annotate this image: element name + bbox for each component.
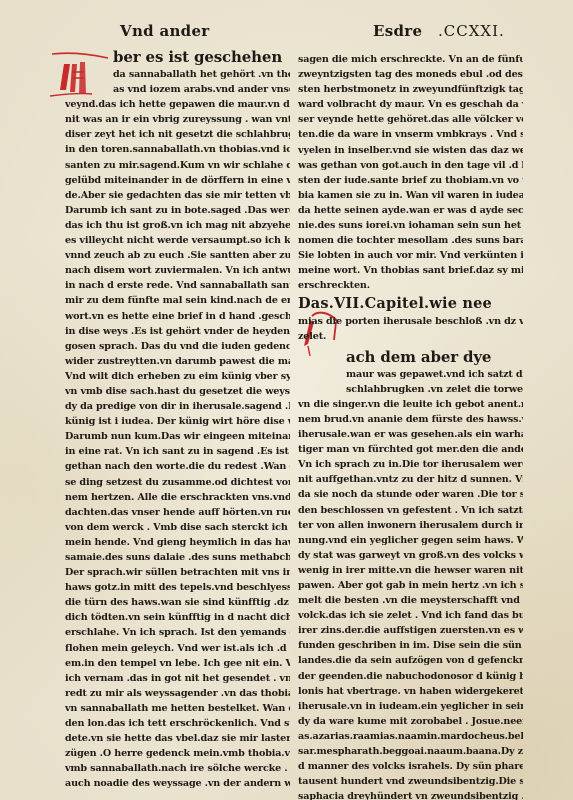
text-line: nem brud.vn ananie dem fürste des hawss.… [298, 412, 523, 427]
text-line: wider zustreytten.vn darumb pawest die m… [65, 354, 290, 369]
text-line: nit was an ir ein vbrig zureyssung . wan… [65, 112, 290, 127]
text-line: veynd.das ich hette gepawen die maur.vn … [65, 97, 290, 112]
incipit-right: ach dem aber dye [298, 348, 523, 367]
text-line: saphacia dreyhündert vn zweundsibentzig … [298, 789, 523, 800]
text-line: wenig in irer mitte.vn die hewser waren … [298, 563, 523, 578]
text-line: nie.des suns iorei.vn iohaman sein sun h… [298, 218, 523, 233]
chapter-summary: mias die porten iherusale beschloß .vn d… [298, 314, 523, 344]
text-line: es villeycht nicht werde versaumpt.so ic… [65, 233, 290, 248]
text-column-left: ber es ist geschehen da sannaballath het… [65, 48, 290, 792]
text-line: in den toren.sannaballath.vn thobias.vnd… [65, 142, 290, 157]
text-line: das ich thu ist groß.vn ich mag nit abzy… [65, 218, 290, 233]
text-line: die türn des haws.wan sie sind künfftig … [65, 595, 290, 610]
text-line: künig ist i iudea. Der künig wirt höre d… [65, 414, 290, 429]
text-line: was gethan von got.auch in den tage vil … [298, 158, 523, 173]
text-line: pawen. Aber got gab in mein hertz .vn ic… [298, 578, 523, 593]
left-column-body: da sannaballath het gehört .vn thobias v… [65, 67, 290, 792]
text-line: den beschlossen vn gefestent . Vn ich sa… [298, 503, 523, 518]
text-line: dy stat was garweyt vn groß.vn des volck… [298, 548, 523, 563]
text-line: auch noadie des weyssage .vn der andern … [65, 776, 290, 791]
text-line: nach disem wort zuviermalen. Vn ich antw… [65, 263, 290, 278]
text-line: schlahbrugken .vn zelet die torwertel [298, 382, 523, 397]
text-line: da sannaballath het gehört .vn thobi [65, 67, 290, 82]
text-line: zelet. [298, 329, 523, 344]
text-line: sar.mespharath.beggoai.naaum.baana.Dy za… [298, 744, 523, 759]
text-line: vn vmb dise sach.hast du gesetzet die we… [65, 384, 290, 399]
text-line: vn die singer.vn die leuite ich gebot an… [298, 397, 523, 412]
text-line: Sie lobten in auch vor mir. Vnd verkünte… [298, 248, 523, 263]
text-line: lonis hat vbertrage. vn haben widergeker… [298, 684, 523, 699]
text-line: as vnd iozem arabs.vnd ander vnser [65, 82, 290, 97]
text-line: vyelen in inselber.vnd sie wisten das da… [298, 143, 523, 158]
text-line: Darumb ich sant zu in bote.saged .Das we… [65, 203, 290, 218]
text-line: diser zeyt het ich nit gesetzt die schla… [65, 127, 290, 142]
text-line: vmb sannaballath.nach ire sölche wercke … [65, 761, 290, 776]
text-line: iherusale.wan er was gesehen.als ein war… [298, 427, 523, 442]
text-line: gethan nach den worte.die du redest .Wan… [65, 459, 290, 474]
text-line: sten der iude.sante brief zu thobiam.vn … [298, 173, 523, 188]
text-line: tiger man vn fürchted got mer.den die an… [298, 442, 523, 457]
text-line: iherusale.vn in iudeam.ein yeglicher in … [298, 699, 523, 714]
text-line: vn sannaballath me hetten bestelket. Wan… [65, 701, 290, 716]
text-line: dete.vn sie hette das vbel.daz sie mir l… [65, 731, 290, 746]
running-head-left: Vnd ander [120, 22, 210, 40]
text-line: erschlahe. Vn ich sprach. Ist den yemand… [65, 625, 290, 640]
right-column-body-top: sagen die mich erschreckte. Vn an de fün… [298, 52, 523, 294]
text-line: mias die porten iherusale beschloß .vn d… [298, 314, 523, 329]
text-line: ser veynde hette gehöret.das alle völcke… [298, 112, 523, 127]
text-line: tausent hundert vnd zweundsibentzig.Die … [298, 774, 523, 789]
text-line: irer zins.der.die auffstigen zuersten.vn… [298, 623, 523, 638]
text-line: zügen .O herre gedenck mein.vmb thobia.v… [65, 746, 290, 761]
text-line: redt zu mir als weyssagender .vn das tho… [65, 686, 290, 701]
text-line: samaie.des suns dalaie .des suns methabc… [65, 550, 290, 565]
text-line: as.azarias.raamias.naamin.mardocheus.bel… [298, 729, 523, 744]
text-line: landes.die da sein aufzögen von d gefenc… [298, 653, 523, 668]
text-line: der geenden.die nabuchodonosor d künig b… [298, 669, 523, 684]
text-line: Darumb nun kum.Das wir eingeen miteinand [65, 429, 290, 444]
text-line: dachten.das vnser hende auff hörten.vn r… [65, 505, 290, 520]
text-line: von dem werck . Vmb dise sach sterckt ic… [65, 520, 290, 535]
text-line: nit auffgethan.vntz zu der hitz d sunnen… [298, 472, 523, 487]
chapter-heading: Das.VII.Capitel.wie nee [298, 294, 523, 314]
right-column-body-bottom: maur was gepawet.vnd ich satzt dieschlah… [298, 367, 523, 800]
text-line: mir zu dem fünfte mal sein kind.nach de … [65, 293, 290, 308]
text-line: Der sprach.wir süllen betrachten mit vns… [65, 565, 290, 580]
incipit-left: ber es ist geschehen [65, 48, 290, 67]
running-head-right: Esdre [373, 22, 422, 40]
text-line: bia kamen sie zu in. Wan vil waren in iu… [298, 188, 523, 203]
text-column-right: sagen die mich erschreckte. Vn an de fün… [298, 52, 523, 800]
text-line: nomen die tochter mesollam .des suns bar… [298, 233, 523, 248]
text-line: se ding setzest du zusamme.od dichtest v… [65, 475, 290, 490]
text-line: dy da ware kume mit zorobabel . Josue.ne… [298, 714, 523, 729]
text-line: de.Aber sie gedachten das sie mir tetten… [65, 188, 290, 203]
text-line: haws gotz.in mitt des tepels.vnd beschly… [65, 580, 290, 595]
text-line: ward volbracht dy maur. Vn es geschah da… [298, 97, 523, 112]
text-line: gosen sprach. Das du vnd die iuden geden… [65, 339, 290, 354]
text-line: zweyntzigsten tag des moneds ebul .od de… [298, 67, 523, 82]
incunabulum-page: Vnd ander Esdre .CCXXI. ber es ist gesch… [0, 0, 573, 800]
text-line: mein hende. Vnd gieng heymlich in das ha… [65, 535, 290, 550]
text-line: funden geschriben in im. Dise sein die s… [298, 638, 523, 653]
text-line: ich vernam .das in got nit het gesendet … [65, 671, 290, 686]
text-line: in eine rat. Vn ich sant zu in sagend .E… [65, 444, 290, 459]
text-line: ten.die da ware in vnserm vmbkrays . Vnd… [298, 127, 523, 142]
text-line: sagen die mich erschreckte. Vn an de fün… [298, 52, 523, 67]
text-line: meine wort. Vn thobias sant brief.daz sy… [298, 263, 523, 278]
text-line: in nach d erste rede. Vnd sannaballath s… [65, 278, 290, 293]
text-line: da hette seinen ayde.wan er was d ayde s… [298, 203, 523, 218]
text-line: den lon.das ich tett erschröckenlich. Vn… [65, 716, 290, 731]
text-line: maur was gepawet.vnd ich satzt die [298, 367, 523, 382]
text-line: sten herbstmonetz in zweyundfünftzigk ta… [298, 82, 523, 97]
text-line: in dise weys .Es ist gehört vnder de hey… [65, 324, 290, 339]
text-line: melt die besten .vn die meysterschafft v… [298, 593, 523, 608]
text-line: dich tödten.vn sein künfftig in d nacht … [65, 610, 290, 625]
folio-number: .CCXXI. [438, 22, 505, 40]
text-line: wort.vn es hette eine brief in d hand .g… [65, 309, 290, 324]
text-line: nung.vnd ein yeglicher gegen seim haws. … [298, 533, 523, 548]
text-line: vnnd zeuch ab zu euch .Sie santten aber … [65, 248, 290, 263]
text-line: nem hertzen. Alle die erschrackten vns.v… [65, 490, 290, 505]
text-line: erschreckten. [298, 278, 523, 293]
text-line: volck.das ich sie zelet . Vnd ich fand d… [298, 608, 523, 623]
text-line: em.in den tempel vn lebe. Ich gee nit ei… [65, 656, 290, 671]
text-line: santen zu mir.sagend.Kum vn wir schlahe … [65, 158, 290, 173]
text-line: Vnd wilt dich erheben zu eim künig vber … [65, 369, 290, 384]
text-line: da sie noch da stunde oder waren .Die to… [298, 487, 523, 502]
text-line: flohen mein geleych. Vnd wer ist.als ich… [65, 641, 290, 656]
text-line: gelübd miteinander in de dörffern in ein… [65, 173, 290, 188]
text-line: dy da predige von dir in iherusale.sagen… [65, 399, 290, 414]
text-line: Vn ich sprach zu in.Die tor iherusalem w… [298, 457, 523, 472]
text-line: d manner des volcks israhels. Dy sün pha… [298, 759, 523, 774]
text-line: ter von allen inwonern iherusalem durch … [298, 518, 523, 533]
